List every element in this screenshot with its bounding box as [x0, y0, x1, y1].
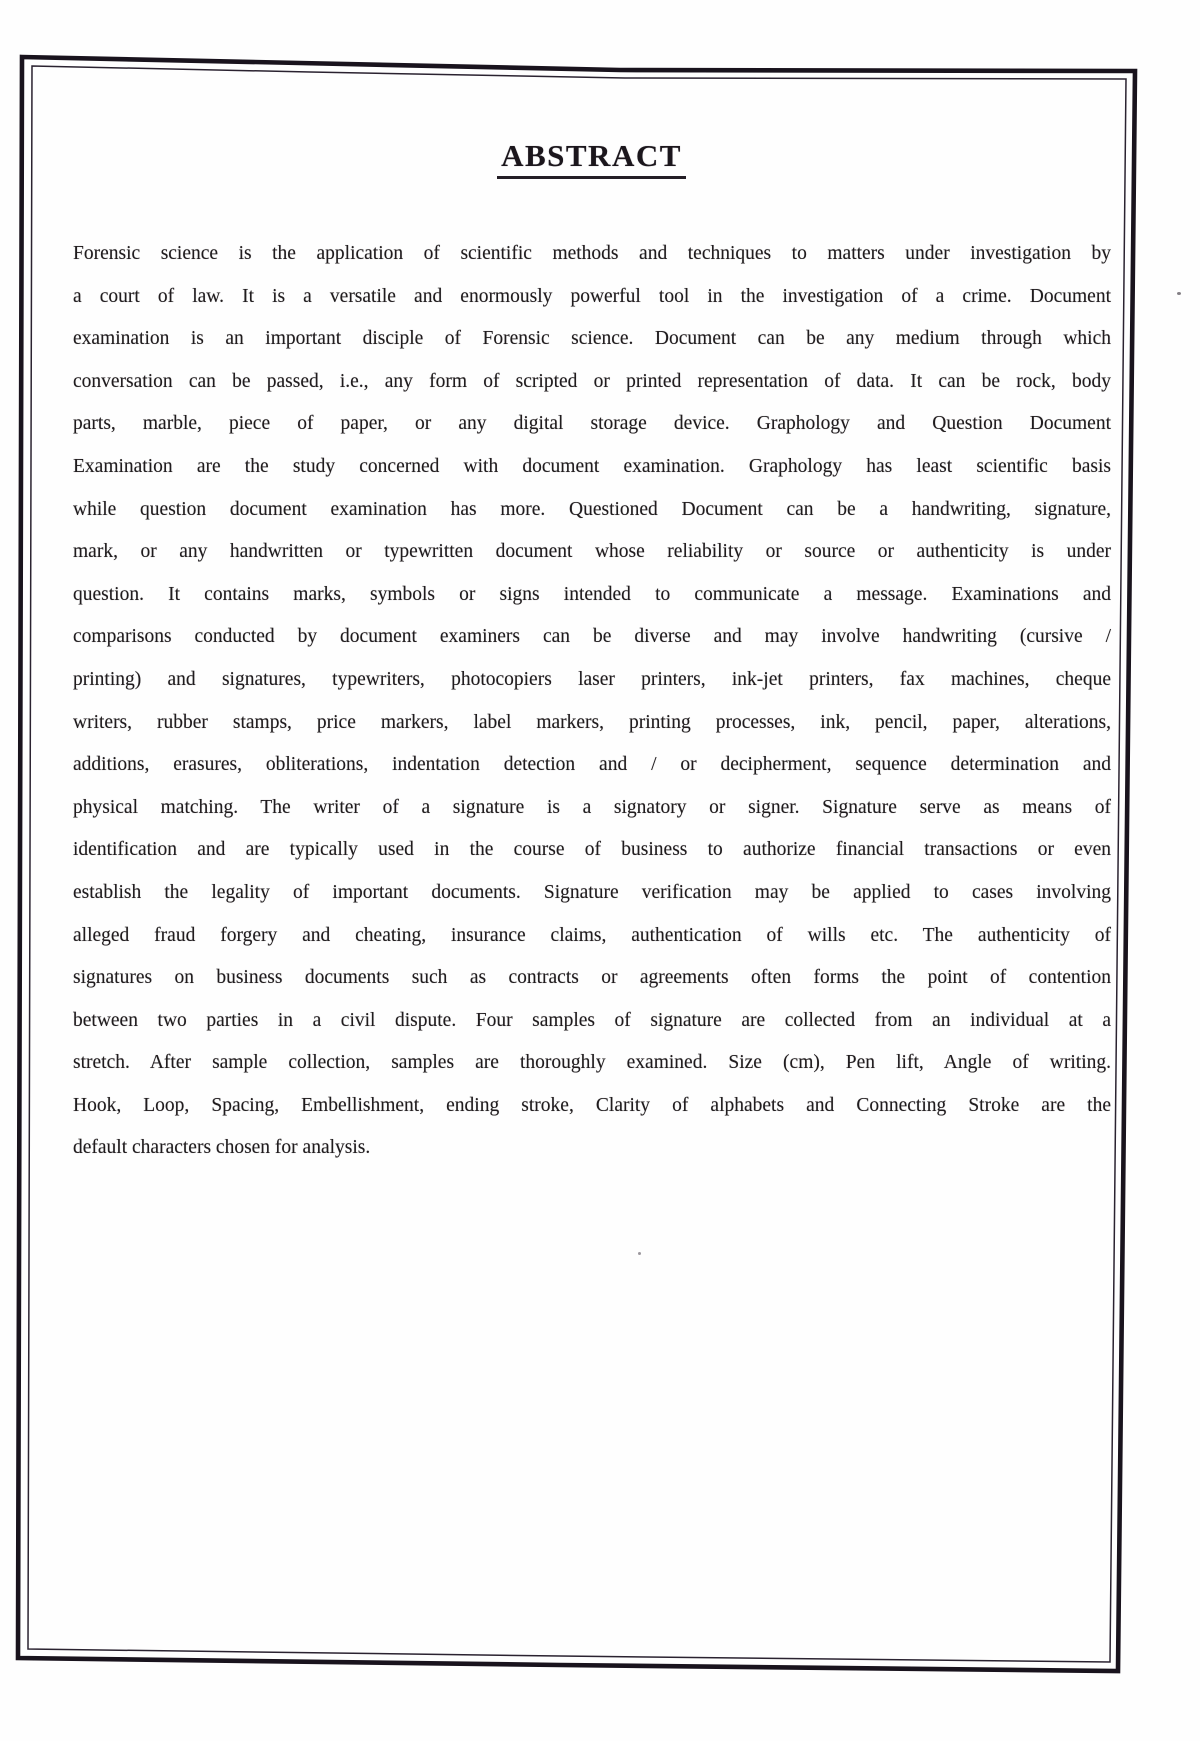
abstract-line: comparisons conducted by document examin… — [73, 616, 1111, 659]
abstract-line: between two parties in a civil dispute. … — [73, 1000, 1111, 1043]
abstract-line: parts, marble, piece of paper, or any di… — [73, 403, 1111, 446]
abstract-line: Forensic science is the application of s… — [73, 233, 1111, 276]
abstract-line: conversation can be passed, i.e., any fo… — [73, 361, 1111, 404]
abstract-line: question. It contains marks, symbols or … — [73, 574, 1111, 617]
abstract-line: establish the legality of important docu… — [73, 872, 1111, 915]
abstract-line: stretch. After sample collection, sample… — [73, 1042, 1111, 1085]
scanned-document-page: ABSTRACT Forensic science is the applica… — [0, 0, 1200, 1741]
abstract-line: writers, rubber stamps, price markers, l… — [73, 702, 1111, 745]
abstract-line: examination is an important disciple of … — [73, 318, 1111, 361]
abstract-line: identification and are typically used in… — [73, 829, 1111, 872]
abstract-line: additions, erasures, obliterations, inde… — [73, 744, 1111, 787]
abstract-line: mark, or any handwritten or typewritten … — [73, 531, 1111, 574]
scan-speck — [1177, 292, 1181, 295]
abstract-line: alleged fraud forgery and cheating, insu… — [73, 915, 1111, 958]
abstract-line: Hook, Loop, Spacing, Embellishment, endi… — [73, 1085, 1111, 1128]
abstract-line: while question document examination has … — [73, 489, 1111, 532]
abstract-line: a court of law. It is a versatile and en… — [73, 276, 1111, 319]
abstract-line: signatures on business documents such as… — [73, 957, 1111, 1000]
abstract-line: default characters chosen for analysis. — [73, 1127, 1111, 1170]
abstract-line: physical matching. The writer of a signa… — [73, 787, 1111, 830]
abstract-line: printing) and signatures, typewriters, p… — [73, 659, 1111, 702]
abstract-line: Examination are the study concerned with… — [73, 446, 1111, 489]
abstract-title: ABSTRACT — [497, 138, 686, 179]
title-row: ABSTRACT — [73, 138, 1110, 179]
abstract-paragraph: Forensic science is the application of s… — [73, 233, 1111, 1170]
scan-speck — [638, 1252, 641, 1255]
